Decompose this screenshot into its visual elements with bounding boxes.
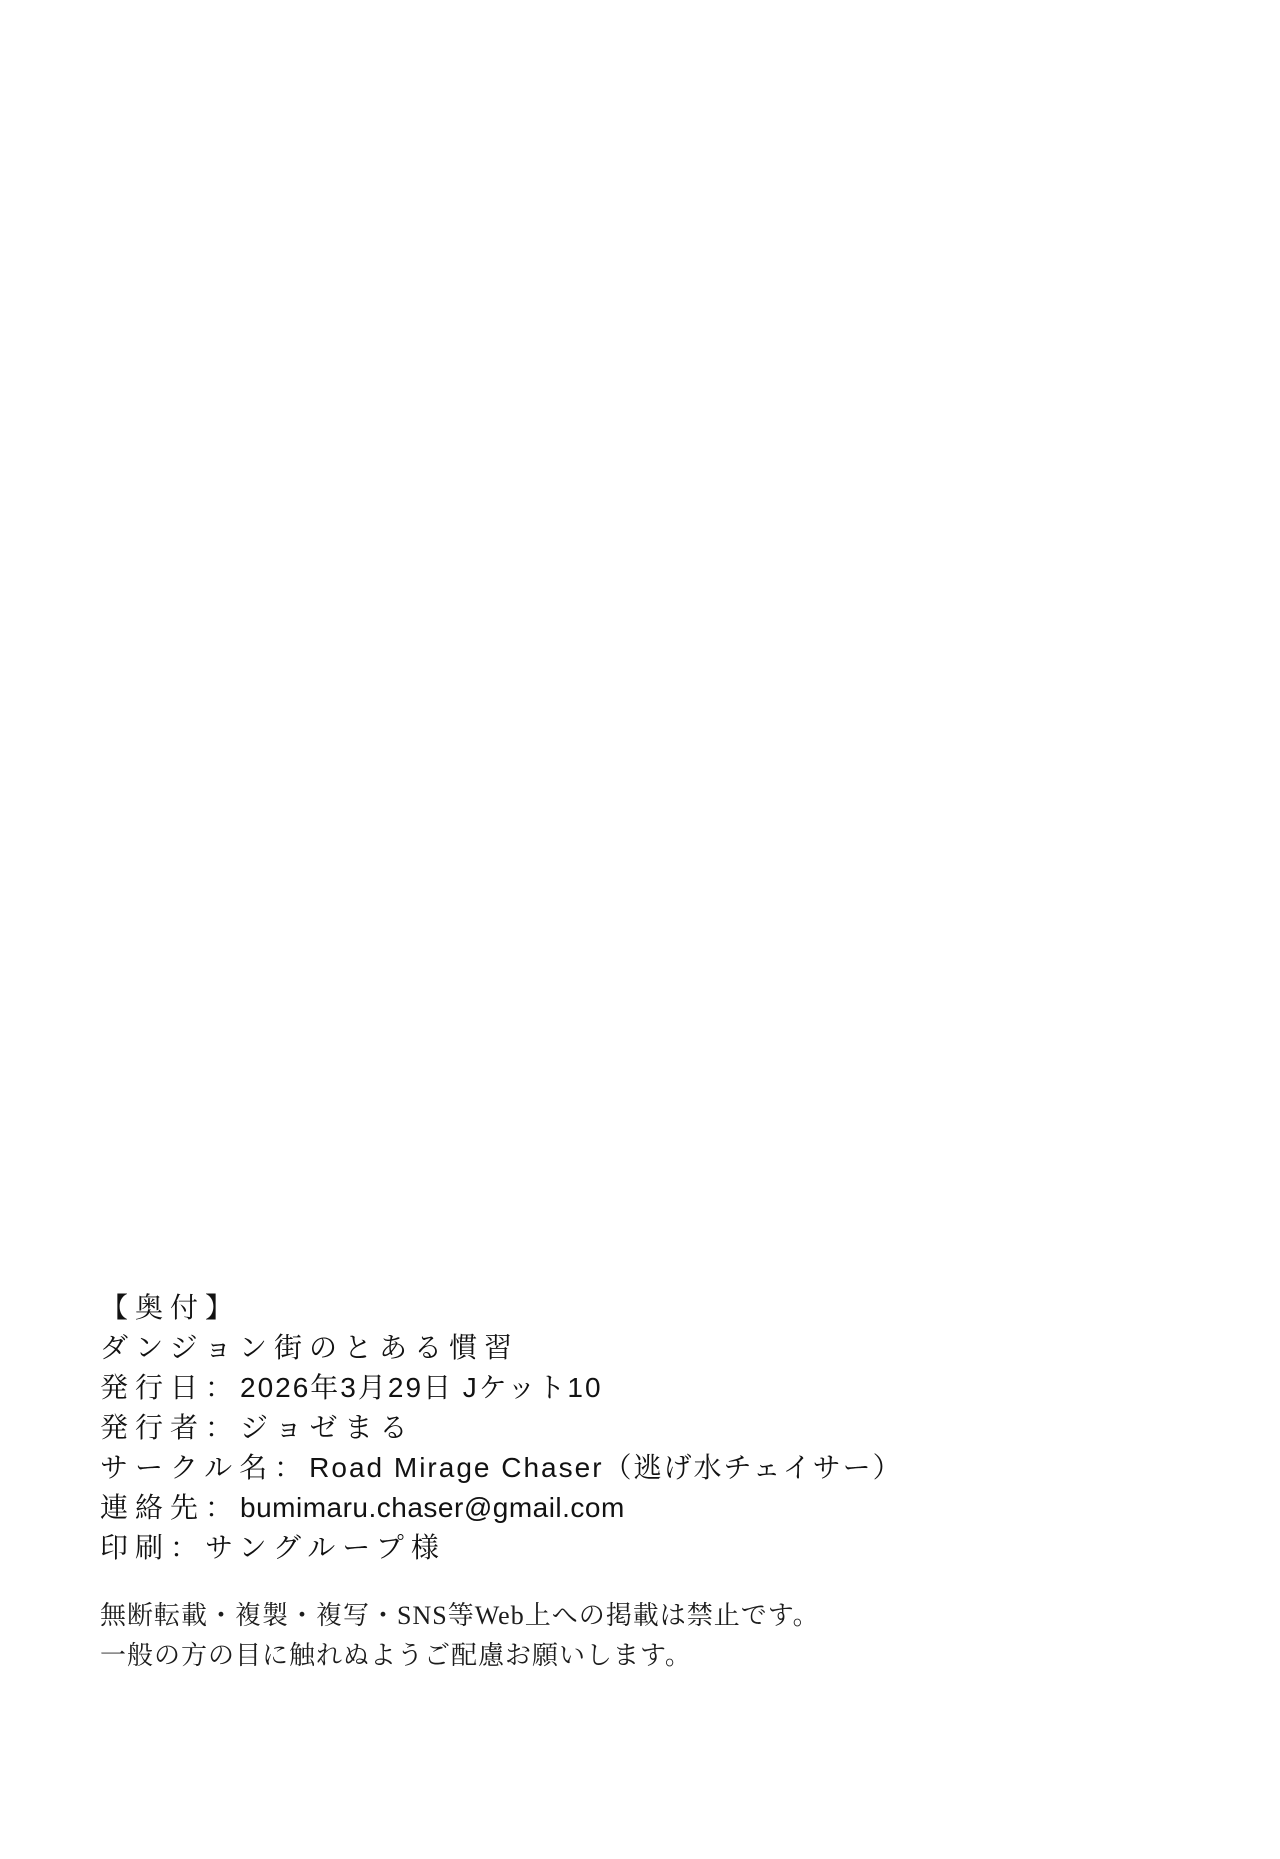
entry-value-contact-email: bumimaru.chaser@gmail.com (240, 1492, 625, 1523)
reproduction-notice-block: 無断転載・複製・複写・SNS等Web上への掲載は禁止です。 一般の方の目に触れぬ… (100, 1596, 820, 1676)
entry-value-publisher: ジョゼまる (240, 1412, 414, 1443)
colophon-block: 【奥付】 ダンジョン街のとある慣習 発行日：2026年3月29日 Jケット10 … (100, 1288, 903, 1568)
entry-label-publisher: 発行者： (100, 1412, 240, 1443)
notice-line-no-repost: 無断転載・複製・複写・SNS等Web上への掲載は禁止です。 (100, 1596, 820, 1636)
notice-line-consideration: 一般の方の目に触れぬようご配慮お願いします。 (100, 1636, 820, 1676)
entry-label-publish-date: 発行日： (100, 1372, 240, 1403)
entry-row-printer: 印刷：サングループ様 (100, 1528, 903, 1568)
entry-row-publisher: 発行者：ジョゼまる (100, 1408, 903, 1448)
entry-row-contact: 連絡先：bumimaru.chaser@gmail.com (100, 1488, 903, 1528)
work-title: ダンジョン街のとある慣習 (100, 1328, 903, 1368)
entry-value-publish-date: 2026年3月29日 Jケット10 (240, 1372, 603, 1403)
scanned-colophon-page: 【奥付】 ダンジョン街のとある慣習 発行日：2026年3月29日 Jケット10 … (0, 0, 1280, 1859)
entry-row-circle-name: サークル名：Road Mirage Chaser（逃げ水チェイサー） (100, 1448, 903, 1488)
entry-label-printer: 印刷： (100, 1532, 205, 1563)
entry-row-publish-date: 発行日：2026年3月29日 Jケット10 (100, 1368, 903, 1408)
colophon-heading: 【奥付】 (100, 1288, 903, 1328)
entry-label-circle-name: サークル名： (100, 1452, 309, 1483)
entry-value-printer: サングループ様 (205, 1532, 446, 1563)
entry-value-circle-name: Road Mirage Chaser（逃げ水チェイサー） (309, 1452, 903, 1483)
entry-label-contact: 連絡先： (100, 1492, 240, 1523)
